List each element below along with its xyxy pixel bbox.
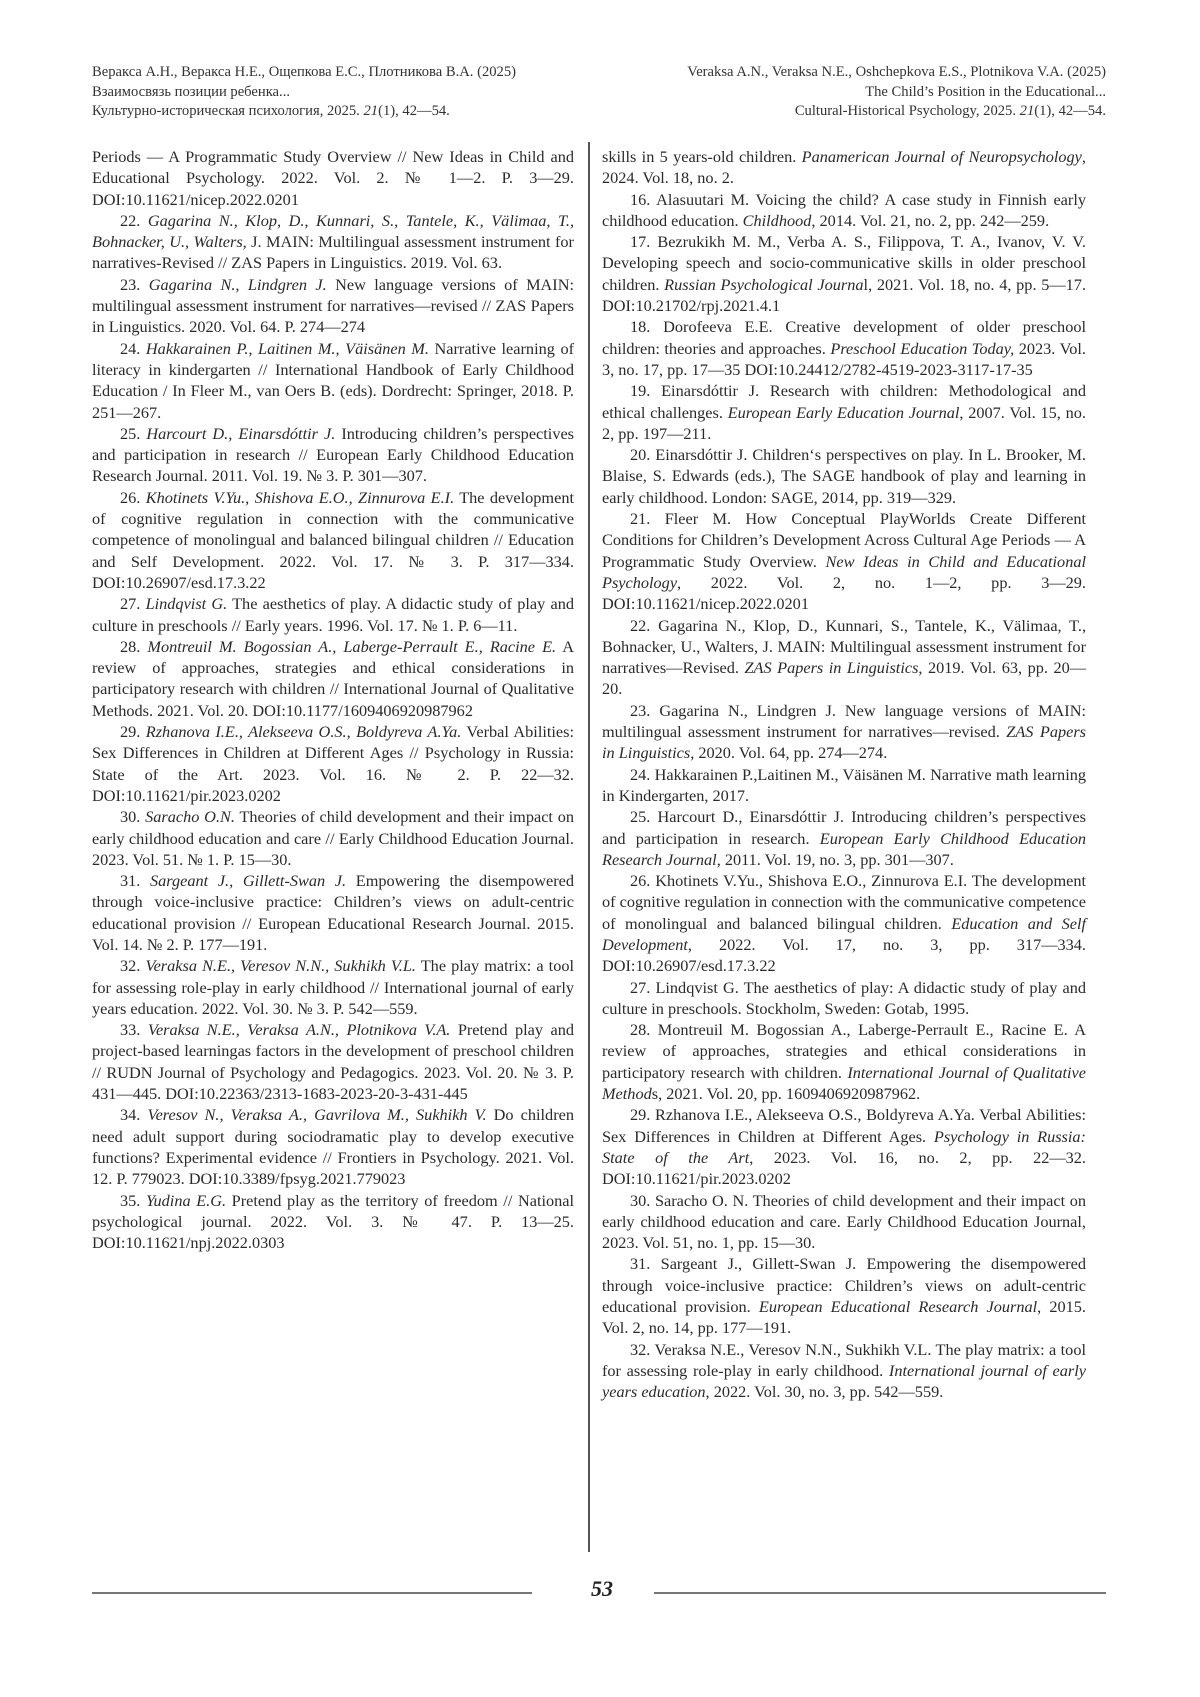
reference-number: 23.: [120, 275, 149, 294]
reference-number: 30.: [120, 807, 145, 826]
reference-item: 24. Hakkarainen P., Laitinen M., Väisäne…: [92, 338, 574, 423]
reference-item: Periods — A Programmatic Study Overview …: [92, 146, 574, 210]
reference-number: 32.: [630, 1340, 654, 1359]
reference-item: 16. Alasuutari M. Voicing the child? A c…: [602, 189, 1086, 232]
reference-journal: European Educational Research Journal: [759, 1297, 1037, 1316]
header-en-title: The Child’s Position in the Educational.…: [687, 83, 1106, 103]
reference-details: s, 2021. Vol. 20, pp. 1609406920987962.: [652, 1084, 921, 1103]
reference-text: Saracho O. N. Theories of child developm…: [602, 1191, 1086, 1253]
reference-number: 16.: [630, 190, 656, 209]
reference-item: skills in 5 years-old children. Panameri…: [602, 146, 1086, 189]
reference-number: 24.: [120, 339, 146, 358]
reference-text: Lindqvist G. The aesthetics of play: A d…: [602, 978, 1086, 1018]
reference-journal: Childhood: [743, 211, 812, 230]
reference-number: 26.: [630, 871, 655, 890]
reference-text: skills in 5 years-old children.: [602, 147, 802, 166]
header-ru-authors: Веракса А.Н., Веракса Н.Е., Ощепкова Е.С…: [92, 63, 516, 83]
header-ru-journal-name: Культурно-историческая психология, 2025.: [92, 103, 363, 119]
reference-number: 29.: [630, 1105, 655, 1124]
reference-number: 29.: [120, 722, 146, 741]
reference-item: 25. Harcourt D., Einarsdóttir J. Introdu…: [602, 806, 1086, 870]
reference-number: 22.: [120, 211, 148, 230]
reference-text: Einarsdóttir J. Children‘s perspectives …: [602, 445, 1086, 507]
reference-text: Periods — A Programmatic Study Overview …: [92, 147, 574, 209]
reference-authors: Lindqvist G.: [146, 594, 228, 613]
reference-item: 24. Hakkarainen P.,Laitinen M., Väisänen…: [602, 764, 1086, 807]
reference-item: 23. Gagarina N., Lindgren J. New languag…: [92, 274, 574, 338]
footer-rule-right: [654, 1592, 1106, 1594]
reference-authors: Yudina E.G.: [146, 1191, 226, 1210]
reference-item: 23. Gagarina N., Lindgren J. New languag…: [602, 700, 1086, 764]
reference-journal: ZAS Papers in Linguistics: [745, 658, 919, 677]
reference-number: 21.: [630, 509, 665, 528]
reference-number: 28.: [630, 1020, 658, 1039]
reference-authors: Rzhanova I.E., Alekseeva O.S., Boldyreva…: [146, 722, 462, 741]
reference-item: 21. Fleer M. How Conceptual PlayWorlds C…: [602, 508, 1086, 614]
reference-number: 30.: [630, 1191, 655, 1210]
reference-item: 35. Yudina E.G. Pretend play as the terr…: [92, 1190, 574, 1254]
reference-number: 32.: [120, 956, 145, 975]
running-header: Веракса А.Н., Веракса Н.Е., Ощепкова Е.С…: [92, 63, 1106, 123]
reference-item: 26. Khotinets V.Yu., Shishova E.O., Zinn…: [92, 487, 574, 593]
page-footer: 53: [92, 1580, 1106, 1620]
reference-item: 22. Gagarina N., Klop, D., Kunnari, S., …: [602, 615, 1086, 700]
reference-item: 28. Montreuil M. Bogossian A., Laberge-P…: [92, 636, 574, 721]
reference-authors: Saracho O.N.: [145, 807, 235, 826]
reference-item: 27. Lindqvist G. The aesthetics of play:…: [602, 977, 1086, 1020]
reference-journal: Russian Psychological Journa: [664, 275, 863, 294]
reference-journal: Panamerican Journal of Neuropsychology: [802, 147, 1082, 166]
reference-number: 26.: [120, 488, 146, 507]
reference-item: 30. Saracho O. N. Theories of child deve…: [602, 1190, 1086, 1254]
footer-rule-left: [92, 1592, 532, 1594]
reference-number: 20.: [630, 445, 655, 464]
header-ru-issue: (1), 42—54.: [378, 103, 450, 119]
reference-item: 28. Montreuil M. Bogossian A., Laberge-P…: [602, 1019, 1086, 1104]
reference-item: 27. Lindqvist G. The aesthetics of play.…: [92, 593, 574, 636]
reference-item: 29. Rzhanova I.E., Alekseeva O.S., Boldy…: [92, 721, 574, 806]
reference-number: 31.: [120, 871, 150, 890]
reference-journal: European Early Education Journal: [728, 403, 960, 422]
reference-authors: Veraksa N.E., Veraksa A.N., Plotnikova V…: [148, 1020, 451, 1039]
reference-number: 24.: [630, 765, 655, 784]
reference-item: 19. Einarsdóttir J. Research with childr…: [602, 380, 1086, 444]
reference-item: 20. Einarsdóttir J. Children‘s perspecti…: [602, 444, 1086, 508]
reference-item: 32. Veraksa N.E., Veresov N.N., Sukhikh …: [92, 955, 574, 1019]
reference-authors: Montreuil M. Bogossian A., Laberge-Perra…: [147, 637, 556, 656]
header-ru-journal: Культурно-историческая психология, 2025.…: [92, 102, 516, 122]
reference-item: 31. Sargeant J., Gillett-Swan J. Empower…: [92, 870, 574, 955]
header-ru-title: Взаимосвязь позиции ребенка...: [92, 83, 516, 103]
column-divider: [588, 142, 590, 1552]
reference-number: 25.: [630, 807, 658, 826]
reference-details: , 2011. Vol. 19, no. 3, pp. 301—307.: [717, 850, 954, 869]
reference-item: 32. Veraksa N.E., Veresov N.N., Sukhikh …: [602, 1339, 1086, 1403]
reference-journal: Preschool Education Today,: [830, 339, 1014, 358]
reference-details: , 2022. Vol. 30, no. 3, pp. 542—559.: [706, 1382, 944, 1401]
page-number: 53: [572, 1576, 632, 1602]
header-ru-volume: 21: [363, 103, 378, 119]
reference-authors: Harcourt D., Einarsdóttir J.: [146, 424, 335, 443]
reference-item: 33. Veraksa N.E., Veraksa A.N., Plotniko…: [92, 1019, 574, 1104]
reference-item: 18. Dorofeeva E.E. Creative development …: [602, 316, 1086, 380]
reference-number: 33.: [120, 1020, 148, 1039]
header-en-issue: (1), 42—54.: [1034, 103, 1106, 119]
references-russian-column: Periods — A Programmatic Study Overview …: [92, 146, 574, 1253]
reference-text: Hakkarainen P.,Laitinen M., Väisänen M. …: [602, 765, 1086, 805]
reference-item: 22. Gagarina N., Klop, D., Kunnari, S., …: [92, 210, 574, 274]
reference-number: 22.: [630, 616, 658, 635]
reference-number: 34.: [120, 1105, 147, 1124]
reference-number: 28.: [120, 637, 147, 656]
reference-number: 23.: [630, 701, 659, 720]
header-russian: Веракса А.Н., Веракса Н.Е., Ощепкова Е.С…: [92, 63, 516, 122]
reference-number: 27.: [120, 594, 146, 613]
reference-number: 25.: [120, 424, 146, 443]
reference-item: 29. Rzhanova I.E., Alekseeva O.S., Boldy…: [602, 1104, 1086, 1189]
header-en-authors: Veraksa A.N., Veraksa N.E., Oshchepkova …: [687, 63, 1106, 83]
reference-authors: Veresov N., Veraksa A., Gavrilova M., Su…: [147, 1105, 486, 1124]
header-en-volume: 21: [1020, 103, 1035, 119]
reference-details: , 2014. Vol. 21, no. 2, pp. 242—259.: [811, 211, 1049, 230]
reference-number: 27.: [630, 978, 655, 997]
reference-authors: Veraksa N.E., Veresov N.N., Sukhikh V.L.: [145, 956, 416, 975]
reference-details: , 2020. Vol. 64, pp. 274—274.: [690, 743, 887, 762]
reference-number: 18.: [630, 317, 663, 336]
header-en-journal-name: Cultural-Historical Psychology, 2025.: [795, 103, 1020, 119]
reference-number: 31.: [630, 1254, 661, 1273]
reference-item: 17. Bezrukikh M. M., Verba A. S., Filipp…: [602, 231, 1086, 316]
reference-authors: Gagarina N., Lindgren J.: [149, 275, 327, 294]
reference-item: 30. Saracho O.N. Theories of child devel…: [92, 806, 574, 870]
reference-item: 26. Khotinets V.Yu., Shishova E.O., Zinn…: [602, 870, 1086, 976]
header-en-journal: Cultural-Historical Psychology, 2025. 21…: [687, 102, 1106, 122]
reference-item: 25. Harcourt D., Einarsdóttir J. Introdu…: [92, 423, 574, 487]
reference-number: 17.: [630, 232, 657, 251]
reference-authors: Khotinets V.Yu., Shishova E.O., Zinnurov…: [146, 488, 454, 507]
reference-number: 19.: [630, 381, 661, 400]
reference-item: 34. Veresov N., Veraksa A., Gavrilova M.…: [92, 1104, 574, 1189]
reference-authors: Hakkarainen P., Laitinen M., Väisänen M.: [146, 339, 429, 358]
reference-number: 35.: [120, 1191, 146, 1210]
reference-authors: Sargeant J., Gillett-Swan J.: [150, 871, 346, 890]
reference-item: 31. Sargeant J., Gillett-Swan J. Empower…: [602, 1253, 1086, 1338]
header-english: Veraksa A.N., Veraksa N.E., Oshchepkova …: [687, 63, 1106, 122]
references-english-column: skills in 5 years-old children. Panameri…: [602, 146, 1086, 1403]
